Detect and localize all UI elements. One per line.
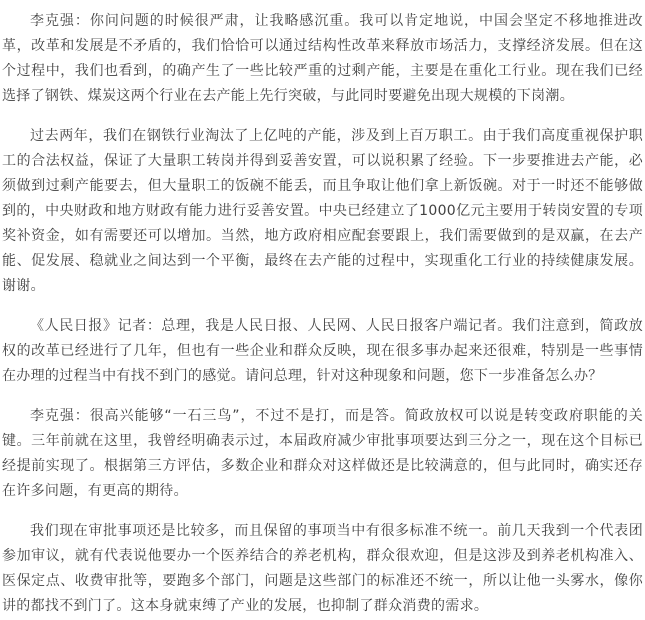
paragraph-li-keqiang-approval-standards: 我们现在审批事项还是比较多，而且保留的事项当中有很多标准不统一。前几天我到一个代… — [2, 519, 643, 619]
paragraph-li-keqiang-overcapacity: 李克强：你问问题的时候很严肃，让我略感沉重。我可以肯定地说，中国会坚定不移地推进… — [2, 9, 643, 109]
paragraph-li-keqiang-worker-resettlement: 过去两年，我们在钢铁行业淘汰了上亿吨的产能，涉及到上百万职工。由于我们高度重视保… — [2, 124, 643, 299]
paragraph-peoples-daily-reporter-question: 《人民日报》记者：总理，我是人民日报、人民网、人民日报客户端记者。我们注意到，简… — [2, 314, 643, 389]
paragraph-li-keqiang-streamlining-administration: 李克强：很高兴能够“一石三鸟”，不过不是打，而是答。简政放权可以说是转变政府职能… — [2, 404, 643, 504]
article-body: 李克强：你问问题的时候很严肃，让我略感沉重。我可以肯定地说，中国会坚定不移地推进… — [0, 0, 645, 619]
page: { "theme": { "background_color": "#fffff… — [0, 0, 645, 620]
